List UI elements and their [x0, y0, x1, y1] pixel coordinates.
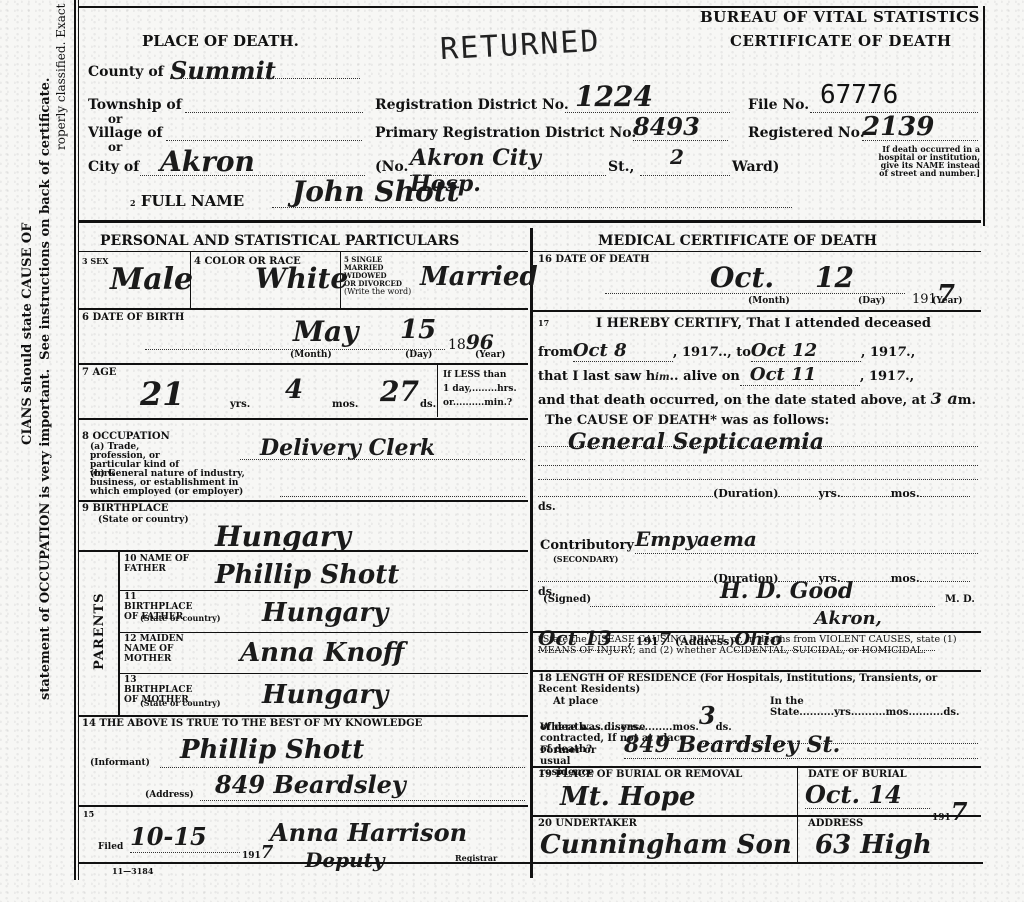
from-value: Oct 8 [573, 340, 627, 361]
informant-address-field[interactable]: 849 Beardsley [200, 770, 525, 801]
alive-on-field[interactable]: Oct 11 [740, 364, 860, 386]
divider-father-bp [118, 632, 528, 633]
time-value[interactable]: 3 a [931, 389, 958, 408]
mother-bp-sub: (State or country) [140, 698, 221, 708]
left-border-inner [78, 0, 79, 880]
divider-sex-row [78, 308, 528, 310]
burial-label: 19 PLACE OF BURIAL OR REMOVAL [538, 769, 742, 780]
left-border [74, 0, 76, 880]
returned-stamp: RETURNED [439, 24, 601, 67]
divider-parents [118, 552, 120, 717]
duration-ds-1: ds. [538, 500, 556, 513]
divider-medical-heading [533, 251, 981, 252]
sex-value: Male [110, 262, 193, 297]
dod-day-caption: (Day) [858, 296, 885, 306]
alive-on-label: alive on [683, 369, 740, 384]
father-bp-sub: (State or country) [140, 613, 221, 623]
duration-mos-1: mos. [891, 487, 920, 500]
occ-b-label: (b) General nature of industry, business… [90, 470, 270, 497]
age-months-value: 4 [285, 375, 303, 405]
city-field[interactable]: Akron [140, 145, 365, 176]
primary-reg-field[interactable]: 8493 [633, 112, 728, 141]
occ-a-field[interactable]: Delivery Clerk [240, 435, 525, 460]
registered-no-value: 2139 [862, 112, 934, 142]
certify-text: I HEREBY CERTIFY, That I attended deceas… [596, 316, 931, 331]
divider-signed [533, 631, 981, 633]
age-field[interactable]: 21 yrs. 4 mos. 27 ds. [140, 375, 440, 415]
county-field[interactable]: Summit [170, 56, 360, 79]
right-border [983, 6, 985, 226]
race-value: White [255, 262, 348, 295]
full-name-label: 2 FULL NAME [130, 192, 244, 210]
full-name-value: John Shott [272, 175, 460, 208]
to-label: to [736, 345, 751, 360]
informant-field[interactable]: Phillip Shott [160, 735, 525, 768]
filed-num: 15 [83, 809, 94, 819]
burial-value: Mt. Hope [560, 782, 696, 812]
father-value: Phillip Shott [215, 560, 399, 590]
to-field[interactable]: Oct 12 [751, 340, 861, 362]
contributory-field[interactable]: Empyaema [635, 527, 978, 554]
residence-label: 18 LENGTH OF RESIDENCE (For Hospitals, I… [538, 673, 978, 695]
in-the-label: In the [770, 696, 804, 707]
dod-year-caption: (Year) [932, 296, 962, 306]
township-label: Township of [88, 97, 182, 113]
former-residence-value: 849 Beardsley St. [624, 732, 840, 758]
divider-personal-heading [78, 251, 528, 252]
time-suffix: m. [958, 393, 976, 408]
divider-age [437, 365, 438, 417]
birthplace-label: 9 BIRTHPLACE [82, 503, 168, 514]
to-year-value: 7 [897, 345, 906, 360]
undertaker-value: Cunningham Son [540, 830, 792, 860]
age-yrs-label: yrs. [230, 399, 250, 410]
duration-mos-2: mos. [891, 572, 920, 585]
ward-label: Ward) [732, 159, 779, 175]
or-label-2: or [108, 140, 122, 154]
registrar-signature: Anna Harrison [270, 818, 467, 847]
dod-month-caption: (Month) [748, 296, 790, 306]
informant-address-label: (Address) [145, 790, 194, 800]
county-value: Summit [170, 56, 276, 85]
margin-instructions-3: roperly classified. Exact [54, 4, 68, 150]
divider-age-row [78, 418, 528, 420]
personal-heading: PERSONAL AND STATISTICAL PARTICULARS [100, 233, 459, 249]
filed-value: 10-15 [130, 822, 207, 851]
form-number: 11—3184 [112, 866, 153, 876]
primary-reg-value: 8493 [633, 112, 700, 141]
occupation-label: 8 OCCUPATION [82, 431, 170, 442]
hospital-note: If death occurred in a hospital or insti… [870, 145, 980, 177]
contributory-value: Empyaema [635, 527, 757, 551]
informant-label: (Informant) [90, 758, 150, 768]
at-place-days-value[interactable]: 3 [699, 701, 716, 730]
father-label: 10 NAME OF FATHER [124, 554, 199, 574]
mother-label: 12 MAIDEN NAME OF MOTHER [124, 634, 214, 664]
informant-heading: 14 THE ABOVE IS TRUE TO THE BEST OF MY K… [82, 718, 422, 729]
duration-label-1: (Duration) [713, 487, 778, 500]
from-year-prefix: 191 [682, 345, 709, 360]
dob-field[interactable]: May 15 [145, 315, 445, 350]
birthplace-sub: (State or country) [98, 515, 189, 525]
file-no-field[interactable]: 67776 [810, 80, 978, 113]
undertaker-address-label: ADDRESS [808, 818, 863, 829]
divider-sex [190, 252, 191, 308]
reg-district-value: 1224 [565, 80, 653, 113]
dob-month-caption: (Month) [290, 350, 332, 360]
divider-mother [118, 673, 528, 674]
filed-year: 1917 [242, 842, 273, 863]
bureau-title: BUREAU OF VITAL STATISTICS [700, 8, 980, 26]
signed-value: H. D. Good [590, 578, 853, 604]
primary-reg-label: Primary Registration District No. [375, 125, 636, 141]
divider-race [340, 252, 341, 308]
full-name-label-text: FULL NAME [141, 192, 244, 210]
from-field[interactable]: Oct 8 [573, 340, 673, 362]
dob-day-caption: (Day) [405, 350, 432, 360]
filed-field[interactable]: 10-15 [130, 822, 240, 853]
dob-day-value: 15 [400, 315, 436, 345]
age-years-value: 21 [140, 375, 185, 413]
file-no-label: File No. [748, 97, 809, 113]
ward-value: 2 [640, 145, 684, 169]
registrar-signature-value: Anna Harrison [270, 818, 467, 847]
father-bp-field[interactable]: Hungary [262, 598, 388, 628]
filed-label: Filed [98, 842, 123, 852]
registered-no-label: Registered No. [748, 125, 865, 141]
sex-label: 3 SEX [82, 256, 108, 266]
from-label: from [538, 345, 573, 360]
undertaker-label: 20 UNDERTAKER [538, 818, 637, 829]
occurred-row: and that death occurred, on the date sta… [538, 389, 978, 408]
margin-line-see-instructions: See instructions on back of certificate. [38, 78, 53, 360]
divider-footnote [533, 670, 981, 672]
burial-date-field[interactable]: Oct. 14 [805, 780, 930, 809]
certificate-title: CERTIFICATE OF DEATH [730, 32, 952, 50]
cause-value: General Septicaemia [538, 429, 824, 455]
from-year-value: 7 [709, 345, 718, 360]
burial-date-label: DATE OF BURIAL [808, 769, 907, 780]
parents-label: PARENTS [92, 592, 107, 670]
divider-parents-end [78, 715, 528, 717]
village-label: Village of [88, 125, 163, 141]
dod-day-value: 12 [815, 261, 854, 294]
medical-heading: MEDICAL CERTIFICATE OF DEATH [598, 233, 877, 249]
marital-labels: 5 SINGLE MARRIED WIDOWED OR DIVORCED (Wr… [344, 256, 411, 296]
mother-bp-field[interactable]: Hungary [262, 680, 388, 710]
father-field[interactable]: Phillip Shott [215, 560, 399, 590]
race-field[interactable]: White [255, 262, 348, 295]
mother-field[interactable]: Anna Knoff [240, 638, 404, 668]
md-label: M. D. [945, 594, 975, 605]
divider-occupation [78, 500, 528, 502]
birthplace-field[interactable]: Hungary [215, 520, 351, 553]
margin-line-physicians: CIANS should state CAUSE OF [20, 223, 35, 445]
marital-field[interactable]: Married [420, 262, 538, 292]
dod-label: 16 DATE OF DEATH [538, 254, 650, 265]
burial-year-value: 7 [951, 797, 968, 826]
registered-no-field[interactable]: 2139 [862, 112, 978, 141]
ward-field[interactable]: 2 [640, 145, 730, 176]
marital-write-note: (Write the word) [344, 288, 411, 296]
last-saw-row: that I last saw him.. alive onOct 11, 19… [538, 364, 978, 386]
burial-date-value: Oct. 14 [805, 780, 902, 809]
burial-year: 1917 [932, 797, 968, 826]
occ-b-field[interactable] [280, 486, 525, 497]
dob-year-caption: (Year) [475, 350, 505, 360]
dod-field[interactable]: Oct. 12 [605, 265, 905, 294]
cert-num: 17 [538, 318, 549, 328]
signed-field[interactable]: H. D. Good [590, 588, 935, 607]
cause-line-3 [538, 465, 978, 480]
informant-address-value: 849 Beardsley [200, 770, 406, 799]
last-saw-label: that I last saw h [538, 369, 655, 384]
mother-value: Anna Knoff [240, 638, 404, 668]
cause-field[interactable]: General Septicaemia [538, 445, 978, 466]
divider-burial-row [533, 815, 981, 817]
dob-year-prefix: 18 [448, 337, 466, 353]
alive-year-prefix: 191 [869, 369, 896, 384]
to-value: Oct 12 [751, 340, 817, 361]
filed-year-prefix: 191 [242, 851, 261, 861]
father-bp-value: Hungary [262, 598, 388, 628]
last-saw-pronoun: im [655, 372, 669, 383]
dod-month-value: Oct. [710, 261, 774, 294]
margin-instructions-2: statement of OCCUPATION is very importan… [38, 78, 53, 700]
age-label: 7 AGE [82, 367, 116, 378]
margin-line-occupation: statement of OCCUPATION is very importan… [38, 369, 53, 700]
divider-father [118, 590, 528, 591]
divider-dob [78, 363, 528, 365]
burial-field[interactable]: Mt. Hope [560, 782, 696, 812]
death-certificate: CIANS should state CAUSE OF —d EXACTLY. … [0, 0, 1024, 902]
duration-yrs-1: yrs. [818, 487, 840, 500]
attended-row: fromOct 8, 1917.., toOct 12, 1917., [538, 340, 978, 362]
divider-residence [533, 766, 981, 768]
registrar-deputy: Deputy [305, 848, 384, 872]
registrar-deputy-value: Deputy [305, 848, 384, 872]
file-no-value: 67776 [810, 80, 898, 110]
undertaker-address-value: 63 High [815, 830, 932, 860]
signed-label: (Signed) [543, 594, 591, 605]
or-label-1: or [108, 112, 122, 126]
dob-month-value: May [293, 315, 358, 348]
day-hrs-label: 1 day,........hrs. [443, 382, 517, 396]
cause-label: The CAUSE OF DEATH* was as follows: [545, 413, 829, 428]
occ-a-value: Delivery Clerk [240, 435, 435, 461]
age-mos-label: mos. [332, 399, 358, 410]
undertaker-field[interactable]: Cunningham Son [540, 830, 792, 860]
township-field[interactable] [185, 96, 363, 113]
informant-value: Phillip Shott [160, 735, 364, 765]
if-less-label: If LESS than [443, 368, 517, 382]
duration-row-1: (Duration)yrs.mos.ds. [538, 487, 978, 513]
street-field[interactable]: Akron City Hosp. [410, 145, 606, 176]
state-row: State..........yrs..........mos.........… [770, 707, 959, 718]
footnote: *State the DISEASE CAUSING DEATH, or, in… [538, 634, 978, 656]
undertaker-address-field[interactable]: 63 High [815, 830, 932, 860]
full-name-num: 2 [130, 198, 136, 208]
or-min-label: or..........min.? [443, 396, 517, 410]
secondary-label: (SECONDARY) [553, 554, 618, 564]
street-no-label: (No. [375, 159, 408, 175]
reg-district-label: Registration District No. [375, 97, 569, 113]
column-divider [530, 228, 533, 878]
divider-header [78, 220, 981, 223]
at-place-label: At place [553, 696, 598, 707]
age-less-block: If LESS than 1 day,........hrs. or......… [443, 368, 517, 410]
city-label: City of [88, 159, 139, 175]
contributory-label: Contributory [540, 538, 634, 553]
occurred-text: and that death occurred, on the date sta… [538, 393, 926, 408]
marital-value: Married [420, 262, 538, 292]
former-residence-field[interactable]: 849 Beardsley St. [624, 740, 978, 759]
divider-birthplace [78, 550, 528, 552]
mother-bp-value: Hungary [262, 680, 388, 710]
place-of-death-heading: PLACE OF DEATH. [142, 32, 299, 50]
st-label: St., [608, 159, 634, 175]
divider-bottom [78, 862, 983, 864]
sex-field[interactable]: Male [110, 262, 193, 297]
margin-line-classified: roperly classified. Exact [54, 4, 68, 150]
age-ds-label: ds. [420, 399, 436, 410]
county-label: County of [88, 64, 164, 80]
alive-on-value: Oct 11 [740, 364, 816, 385]
reg-district-field[interactable]: 1224 [565, 80, 730, 113]
city-value: Akron [140, 145, 255, 178]
birthplace-value: Hungary [215, 520, 351, 553]
margin-instructions: CIANS should state CAUSE OF —d EXACTLY. … [20, 0, 36, 445]
divider-dod [533, 310, 981, 312]
age-days-value: 27 [380, 375, 419, 408]
village-field[interactable] [166, 124, 362, 141]
alive-year-value: 7 [896, 369, 905, 384]
to-year-prefix: 191 [870, 345, 897, 360]
divider-informant [78, 805, 528, 807]
full-name-field[interactable]: John Shott [272, 175, 792, 208]
